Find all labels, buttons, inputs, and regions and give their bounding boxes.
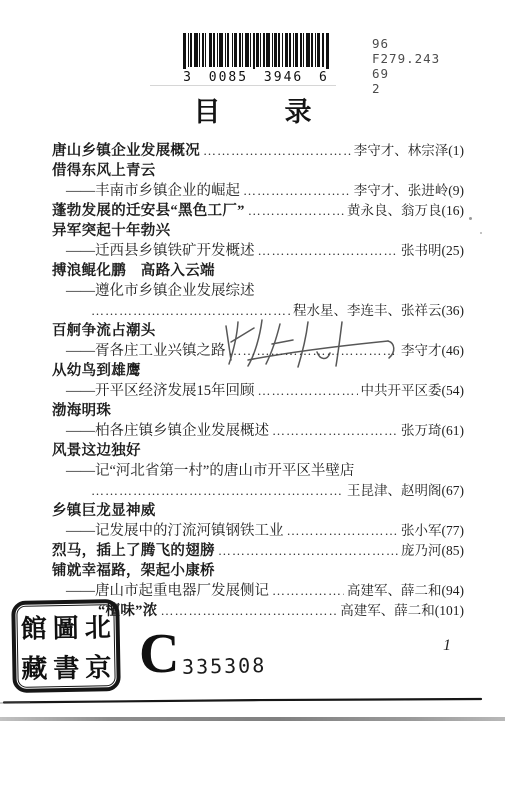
shelf-letter: C — [139, 626, 179, 682]
ink-speck — [469, 217, 472, 220]
accession-number: 335308 — [182, 653, 267, 679]
toc-authors-page: 高建军、薛二和(94) — [347, 581, 464, 601]
dot-leader: ………………………………………………………………………………………………………… — [203, 141, 351, 161]
toc-line: …………………………………………………………………………………………………………… — [52, 481, 464, 501]
call-number-line: F279.243 — [372, 51, 440, 66]
stamp-char: 圖 — [52, 607, 79, 644]
barcode-bars — [183, 33, 329, 69]
page-title-char: 目 — [194, 90, 221, 129]
toc-line: 乡镇巨龙显神威 — [52, 501, 464, 521]
toc-line: 渤海明珠 — [52, 401, 464, 421]
dot-leader: ………………………………………………………………………………………………………… — [91, 481, 344, 501]
stamp-char: 北 — [84, 607, 111, 644]
toc-authors-page: 高建军、薛二和(101) — [340, 601, 464, 621]
toc-authors-page: 中共开平区委(54) — [361, 381, 465, 401]
dot-leader: ………………………………………………………………………………………………………… — [161, 601, 338, 621]
dot-leader: ………………………………………………………………………………………………………… — [272, 421, 398, 441]
toc-line: ——唐山市起重电器厂发展侧记 …………………………………………………………………… — [52, 581, 464, 601]
ink-speck — [480, 232, 482, 234]
toc-entry-title: 蓬勃发展的迁安县“黑色工厂” — [52, 201, 245, 221]
dot-leader: ………………………………………………………………………………………………………… — [248, 201, 344, 221]
handwritten-scribble — [218, 310, 413, 372]
call-number: 96 F279.243 69 2 — [372, 36, 440, 96]
toc-entry-subtitle: ——迁西县乡镇铁矿开发概述 — [66, 241, 255, 261]
toc-entry-title: 百舸争流占潮头 — [52, 321, 156, 341]
dot-leader: ………………………………………………………………………………………………………… — [218, 541, 398, 561]
toc-authors-page: 李守才、张进岭(9) — [354, 181, 464, 201]
toc-entry-subtitle: ——开平区经济发展15年回顾 — [66, 381, 255, 401]
toc-line: 烈马，插上了腾飞的翅膀 …………………………………………………………………………… — [52, 541, 464, 561]
barcode-digits: 3 0085 3946 6 — [183, 70, 329, 85]
toc-entry-subtitle: ——遵化市乡镇企业发展综述 — [66, 281, 255, 301]
toc-line: 搏浪鲲化鹏 高路入云端 — [52, 261, 464, 281]
call-number-line: 96 — [372, 36, 440, 51]
page-title: 目 录 — [0, 90, 505, 129]
toc-entry-title: 唐山乡镇企业发展概况 — [52, 141, 200, 161]
toc-authors-page: 张书明(25) — [401, 241, 464, 261]
scan-edge-band — [0, 717, 505, 721]
stamp-char: 藏 — [21, 648, 48, 685]
toc-entry-title: 铺就幸福路，架起小康桥 — [52, 561, 215, 581]
toc-entry-subtitle: ——丰南市乡镇企业的崛起 — [66, 181, 240, 201]
library-stamp-text: 館 圖 北 藏 書 京 — [17, 605, 114, 687]
toc-line: ——丰南市乡镇企业的崛起 ………………………………………………………………………… — [52, 181, 464, 201]
toc-authors-page: 黄永良、翁万良(16) — [347, 201, 464, 221]
barcode: 3 0085 3946 6 — [183, 33, 329, 85]
dot-leader: ………………………………………………………………………………………………………… — [272, 581, 344, 601]
toc-entry-title: 风景这边独好 — [52, 441, 141, 461]
toc-line: ——记“河北省第一村”的唐山市开平区半壁店 — [52, 461, 464, 481]
toc-entry-title: 烈马，插上了腾飞的翅膀 — [52, 541, 215, 561]
toc-entry-title: 借得东风上青云 — [52, 161, 156, 181]
toc-entry-title: 搏浪鲲化鹏 高路入云端 — [52, 261, 215, 281]
toc-entry-title: 渤海明珠 — [52, 401, 111, 421]
toc-authors-page: 张万琦(61) — [401, 421, 464, 441]
stamp-char: 館 — [20, 608, 47, 645]
stamp-char: 京 — [85, 647, 112, 684]
scanned-toc-page: 3 0085 3946 6 96 F279.243 69 2 目 录 唐山乡镇企… — [0, 0, 505, 800]
toc-line: 异军突起十年勃兴 — [52, 221, 464, 241]
toc-authors-page: 李守才、林宗泽(1) — [354, 141, 464, 161]
toc-line: 唐山乡镇企业发展概况 ……………………………………………………………………………… — [52, 141, 464, 161]
toc-line: 风景这边独好 — [52, 441, 464, 461]
library-stamp: 館 圖 北 藏 書 京 — [11, 599, 121, 693]
table-of-contents: 唐山乡镇企业发展概况 ……………………………………………………………………………… — [52, 141, 464, 621]
toc-line: ——开平区经济发展15年回顾 …………………………………………………………………… — [52, 381, 464, 401]
toc-entry-subtitle: ——柏各庄镇乡镇企业发展概述 — [66, 421, 269, 441]
stamp-char: 書 — [53, 647, 80, 684]
toc-entry-subtitle: ——记发展中的汀流河镇钢铁工业 — [66, 521, 284, 541]
dot-leader: ………………………………………………………………………………………………………… — [287, 521, 399, 541]
dot-leader: ………………………………………………………………………………………………………… — [258, 381, 358, 401]
page-number: 1 — [443, 637, 451, 655]
toc-line: ——记发展中的汀流河镇钢铁工业 ………………………………………………………………… — [52, 521, 464, 541]
toc-entry-subtitle: ——唐山市起重电器厂发展侧记 — [66, 581, 269, 601]
call-number-line: 69 — [372, 66, 440, 81]
bottom-rule — [0, 694, 505, 708]
toc-line: ——柏各庄镇乡镇企业发展概述 …………………………………………………………………… — [52, 421, 464, 441]
scan-artifact-line — [150, 85, 336, 86]
toc-entry-subtitle: ——记“河北省第一村”的唐山市开平区半壁店 — [66, 461, 354, 481]
dot-leader: ………………………………………………………………………………………………………… — [258, 241, 399, 261]
toc-line: 蓬勃发展的迁安县“黑色工厂” …………………………………………………………………… — [52, 201, 464, 221]
toc-line: 借得东风上青云 — [52, 161, 464, 181]
toc-entry-subtitle: ——胥各庄工业兴镇之路 — [66, 341, 226, 361]
toc-line: ——遵化市乡镇企业发展综述 — [52, 281, 464, 301]
toc-authors-page: 张小军(77) — [401, 521, 464, 541]
toc-authors-page: 王昆津、赵明阁(67) — [347, 481, 464, 501]
toc-entry-title: 从幼鸟到雄鹰 — [52, 361, 141, 381]
toc-line: 铺就幸福路，架起小康桥 — [52, 561, 464, 581]
toc-entry-title: 异军突起十年勃兴 — [52, 221, 170, 241]
toc-authors-page: 庞乃河(85) — [401, 541, 464, 561]
page-title-char: 录 — [285, 90, 312, 129]
toc-entry-title: 乡镇巨龙显神威 — [52, 501, 156, 521]
toc-line: ——迁西县乡镇铁矿开发概述 ……………………………………………………………………… — [52, 241, 464, 261]
dot-leader: ………………………………………………………………………………………………………… — [243, 181, 351, 201]
